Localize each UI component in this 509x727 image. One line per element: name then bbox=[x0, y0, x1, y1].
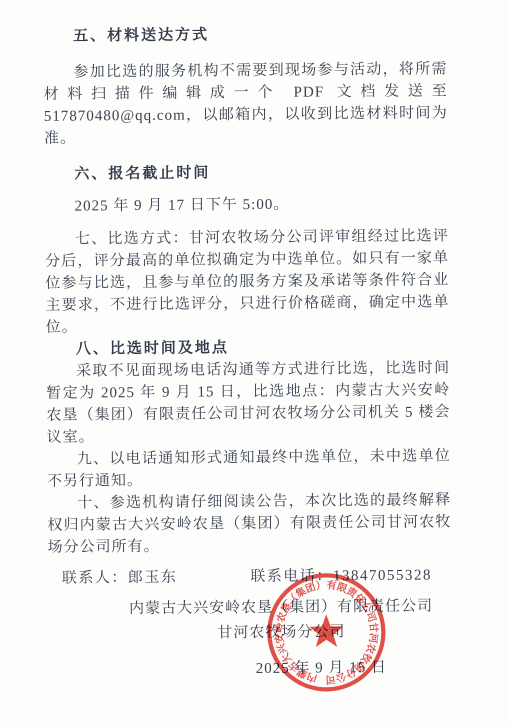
section-para-deadline: 2025 年 9 月 17 日下午 5:00。 bbox=[45, 192, 449, 218]
section-para-delivery: 参加比选的服务机构不需要到现场参与活动，将所需材料扫描件编辑成一个 PDF 文档… bbox=[43, 58, 448, 150]
section-heading-5: 五、材料送达方式 bbox=[43, 22, 447, 48]
contact-row: 联系人：郎玉东 联系电话：13847055328 bbox=[48, 564, 452, 590]
scan-tilt-wrapper: 五、材料送达方式 参加比选的服务机构不需要到现场参与活动，将所需材料扫描件编辑成… bbox=[0, 0, 509, 727]
section-para-method: 七、比选方式：甘河农牧场分公司评审组经过比选评分后，评分最高的单位拟确定为中选单… bbox=[45, 225, 450, 339]
contact-person: 联系人：郎玉东 bbox=[62, 567, 178, 590]
seal-star-icon bbox=[309, 614, 343, 647]
notice-body: 五、材料送达方式 参加比选的服务机构不需要到现场参与活动，将所需材料扫描件编辑成… bbox=[43, 22, 452, 590]
section-heading-6: 六、报名截止时间 bbox=[44, 160, 448, 186]
scanned-notice-page: 五、材料送达方式 参加比选的服务机构不需要到现场参与活动，将所需材料扫描件编辑成… bbox=[0, 0, 509, 727]
contact-person-label: 联系人： bbox=[62, 570, 128, 587]
section-para-interpretation: 十、参选机构请仔细阅读公告，本次比选的最终解释权归内蒙古大兴安岭农垦（集团）有限… bbox=[47, 489, 452, 559]
section-para-time-place: 采取不见面现场电话沟通等方式进行比选，比选时间暂定为 2025 年 9 月 15… bbox=[46, 357, 451, 449]
contact-person-name: 郎玉东 bbox=[128, 570, 178, 586]
official-seal: 内蒙古大兴安岭农垦（集团）有限责任公司甘河农牧场分公司 bbox=[264, 570, 389, 695]
section-para-notify: 九、以电话通知形式通知最终中选单位，未中选单位不另行通知。 bbox=[47, 445, 451, 493]
